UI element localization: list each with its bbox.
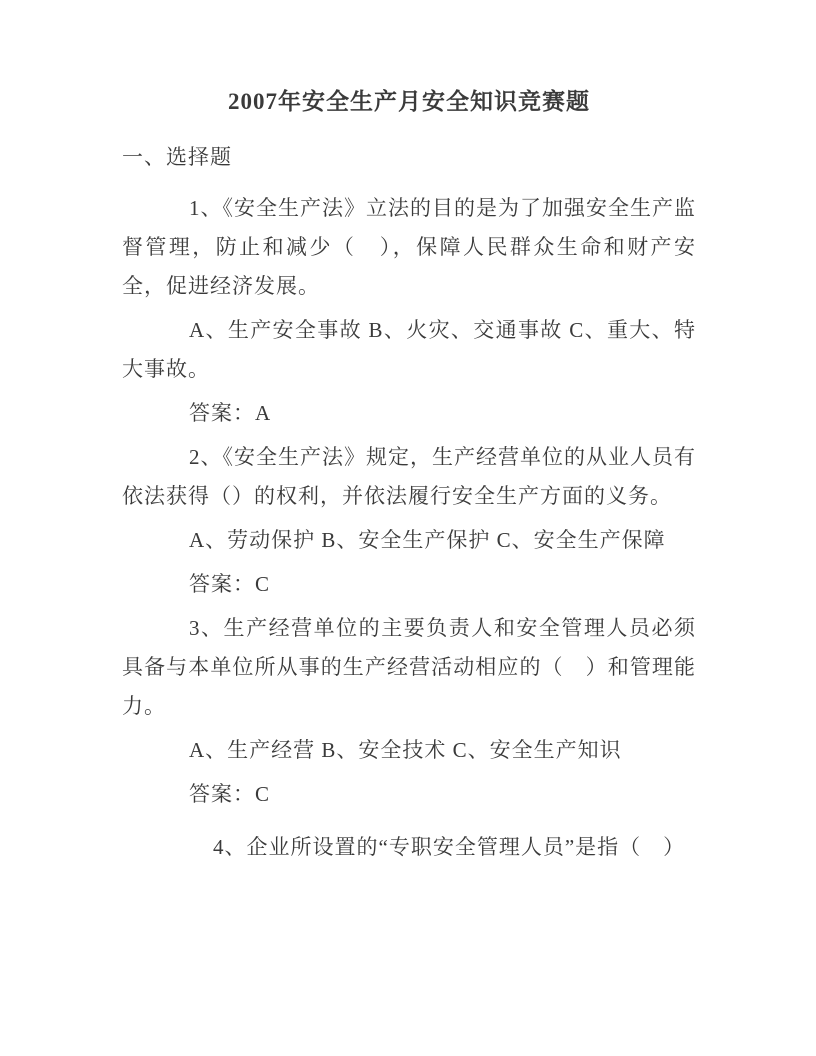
question-answer: 答案：C xyxy=(122,775,696,814)
question-block-4: 4、企业所设置的“专职安全管理人员”是指（ ） xyxy=(122,828,696,867)
document-page: 2007年安全生产月安全知识竞赛题 一、选择题 1、《安全生产法》立法的目的是为… xyxy=(0,0,816,1056)
question-answer: 答案：C xyxy=(122,565,696,604)
question-text: 1、《安全生产法》立法的目的是为了加强安全生产监督管理，防止和减少（ ），保障人… xyxy=(122,189,696,306)
question-options: A、劳动保护 B、安全生产保护 C、安全生产保障 xyxy=(122,521,696,560)
question-block-3: 3、生产经营单位的主要负责人和安全管理人员必须具备与本单位所从事的生产经营活动相… xyxy=(122,609,696,814)
question-options: A、生产安全事故 B、火灾、交通事故 C、重大、特大事故。 xyxy=(122,311,696,389)
question-text: 2、《安全生产法》规定，生产经营单位的从业人员有依法获得（）的权利，并依法履行安… xyxy=(122,438,696,516)
section-heading: 一、选择题 xyxy=(122,138,696,177)
question-block-1: 1、《安全生产法》立法的目的是为了加强安全生产监督管理，防止和减少（ ），保障人… xyxy=(122,189,696,433)
question-text: 4、企业所设置的“专职安全管理人员”是指（ ） xyxy=(122,828,696,867)
question-options: A、生产经营 B、安全技术 C、安全生产知识 xyxy=(122,731,696,770)
question-answer: 答案：A xyxy=(122,394,696,433)
question-text: 3、生产经营单位的主要负责人和安全管理人员必须具备与本单位所从事的生产经营活动相… xyxy=(122,609,696,726)
question-block-2: 2、《安全生产法》规定，生产经营单位的从业人员有依法获得（）的权利，并依法履行安… xyxy=(122,438,696,604)
document-title: 2007年安全生产月安全知识竞赛题 xyxy=(122,86,696,118)
